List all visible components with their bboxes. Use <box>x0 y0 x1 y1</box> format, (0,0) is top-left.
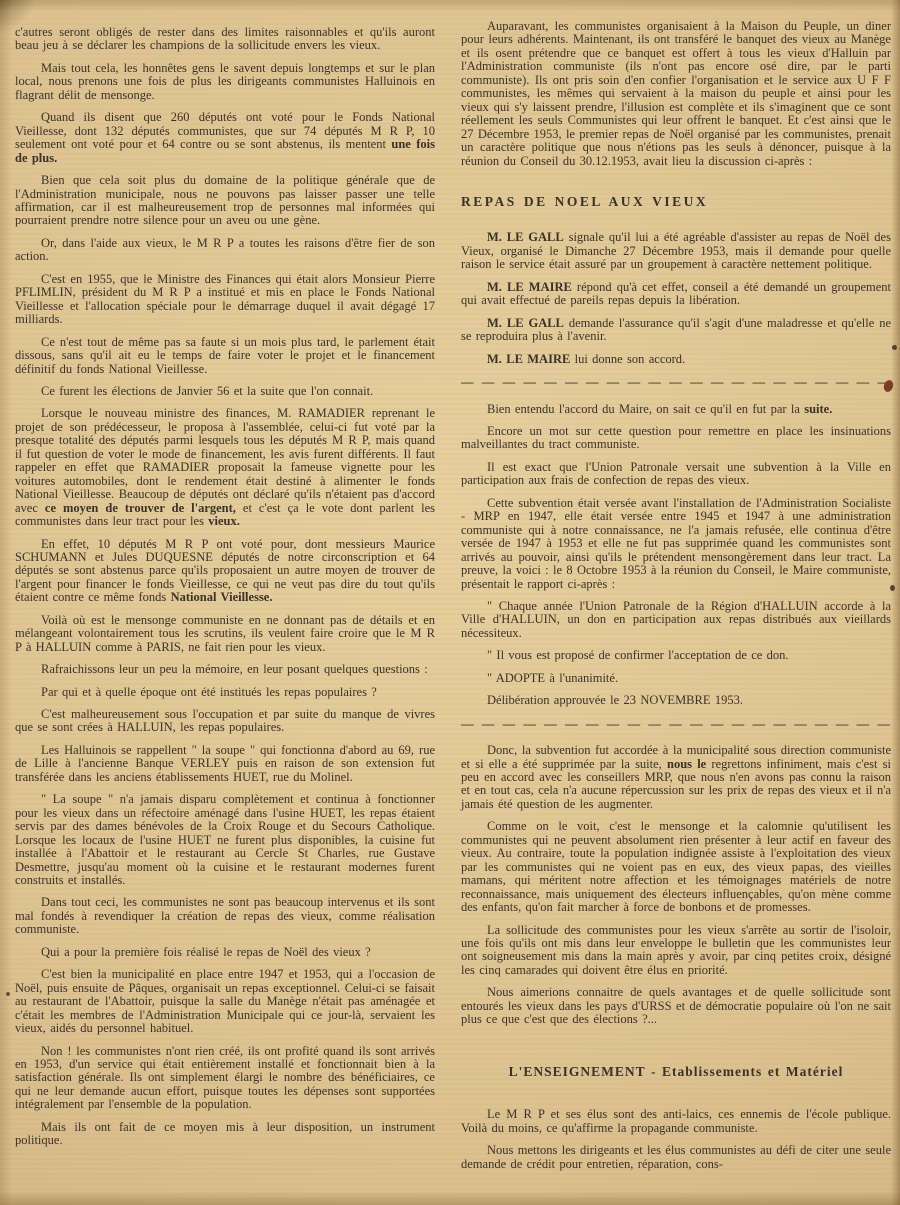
ink-speck <box>892 345 897 350</box>
paragraph: Ce n'est tout de même pas sa faute si un… <box>15 336 435 376</box>
text-column-left: c'autres seront obligés de rester dans d… <box>15 26 435 1157</box>
paragraph: " La soupe " n'a jamais disparu complète… <box>15 793 435 887</box>
paragraph: Nous aimerions connaitre de quels avanta… <box>461 986 891 1026</box>
paragraph: Les Halluinois se rappellent " la soupe … <box>15 744 435 784</box>
text-column-right: Auparavant, les communistes organisaient… <box>461 20 891 1180</box>
paragraph: Non ! les communistes n'ont rien créé, i… <box>15 1045 435 1112</box>
paragraph: La sollicitude des communistes pour les … <box>461 924 891 978</box>
paragraph: Encore un mot sur cette question pour re… <box>461 425 891 452</box>
paragraph: Voilà où est le mensonge communiste en n… <box>15 614 435 654</box>
paragraph: c'autres seront obligés de rester dans d… <box>15 26 435 53</box>
paragraph: Délibération approuvée le 23 NOVEMBRE 19… <box>461 694 891 707</box>
paragraph: C'est en 1955, que le Ministre des Finan… <box>15 273 435 327</box>
paragraph: C'est malheureusement sous l'occupation … <box>15 708 435 735</box>
paragraph: M. LE MAIRE lui donne son accord. <box>461 353 891 366</box>
paragraph: Rafraichissons leur un peu la mémoire, e… <box>15 663 435 676</box>
paragraph: M. LE MAIRE répond qu'à cet effet, conse… <box>461 281 891 308</box>
paragraph: Cette subvention était versée avant l'in… <box>461 497 891 591</box>
paragraph: Nous mettons les dirigeants et les élus … <box>461 1144 891 1171</box>
paragraph: En effet, 10 députés M R P ont voté pour… <box>15 538 435 605</box>
dashed-separator: — — — — — — — — — — — — — — — — — — — — … <box>461 376 891 389</box>
paragraph: Donc, la subvention fut accordée à la mu… <box>461 744 891 811</box>
paragraph: Mais ils ont fait de ce moyen mis à leur… <box>15 1121 435 1148</box>
paragraph: " Chaque année l'Union Patronale de la R… <box>461 600 891 640</box>
paragraph: Bien que cela soit plus du domaine de la… <box>15 174 435 228</box>
paragraph: Mais tout cela, les honnêtes gens le sav… <box>15 62 435 102</box>
paragraph: Bien entendu l'accord du Maire, on sait … <box>461 403 891 416</box>
section-heading: L'ENSEIGNEMENT - Etablissements et Matér… <box>461 1065 891 1078</box>
paragraph: M. LE GALL signale qu'il lui a été agréa… <box>461 231 891 271</box>
paragraph: Dans tout ceci, les communistes ne sont … <box>15 896 435 936</box>
paragraph: Auparavant, les communistes organisaient… <box>461 20 891 168</box>
paragraph: " Il vous est proposé de confirmer l'acc… <box>461 649 891 662</box>
ink-speck <box>6 992 10 996</box>
scanned-document-page: c'autres seront obligés de rester dans d… <box>0 0 900 1205</box>
paragraph: Il est exact que l'Union Patronale versa… <box>461 461 891 488</box>
paragraph: Or, dans l'aide aux vieux, le M R P a to… <box>15 237 435 264</box>
paragraph: M. LE GALL demande l'assurance qu'il s'a… <box>461 317 891 344</box>
paragraph: " ADOPTE à l'unanimité. <box>461 672 891 685</box>
paragraph: Le M R P et ses élus sont des anti-laics… <box>461 1108 891 1135</box>
dashed-separator: — — — — — — — — — — — — — — — — — — — — … <box>461 718 891 731</box>
paragraph: C'est bien la municipalité en place entr… <box>15 968 435 1035</box>
paragraph: Par qui et à quelle époque ont été insti… <box>15 686 435 699</box>
paragraph: Comme on le voit, c'est le mensonge et l… <box>461 820 891 914</box>
paragraph: Quand ils disent que 260 députés ont vot… <box>15 111 435 165</box>
paragraph: Ce furent les élections de Janvier 56 et… <box>15 385 435 398</box>
paragraph: Qui a pour la première fois réalisé le r… <box>15 946 435 959</box>
section-heading: REPAS DE NOEL AUX VIEUX <box>461 195 891 208</box>
paragraph: Lorsque le nouveau ministre des finances… <box>15 407 435 528</box>
